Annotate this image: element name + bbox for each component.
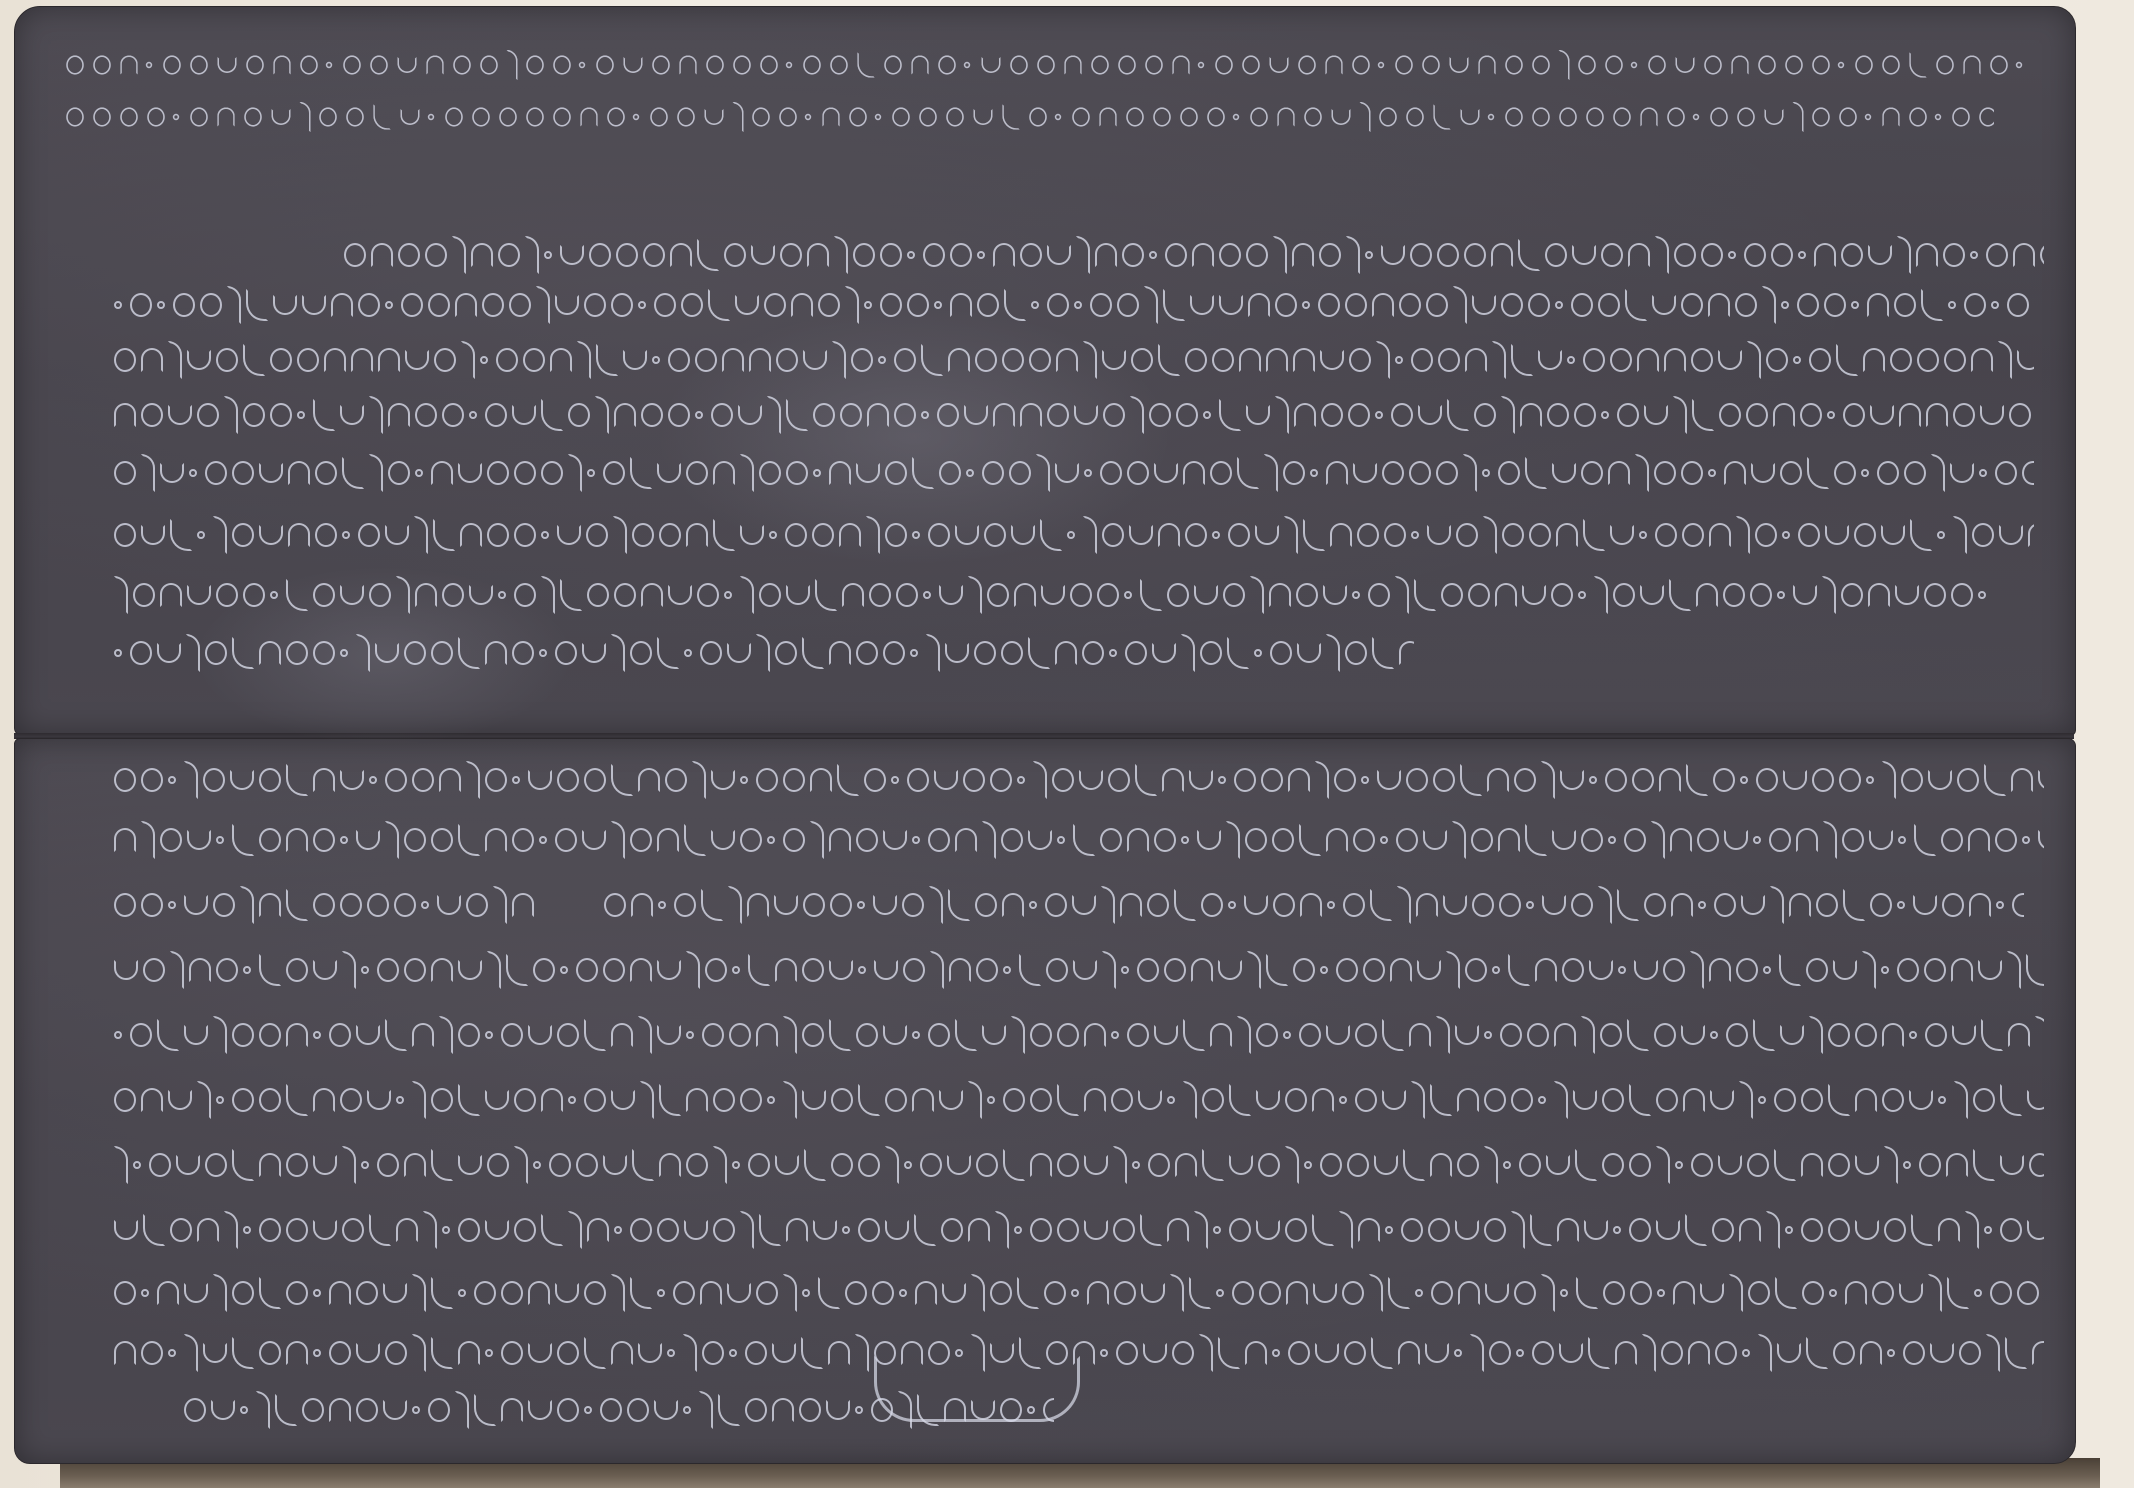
glyph-stroke xyxy=(1140,579,1162,611)
glyph-stroke xyxy=(286,579,308,611)
glyph-stroke xyxy=(499,107,517,126)
glyph-stroke xyxy=(1246,405,1270,425)
glyph-stroke xyxy=(1103,403,1125,427)
glyph-stroke xyxy=(114,576,128,614)
glyph-stroke xyxy=(1087,1281,1109,1305)
glyph-stroke xyxy=(1693,114,1699,120)
glyph-stroke xyxy=(1463,454,1477,492)
glyph-stroke xyxy=(1648,55,1666,74)
glyph-stroke xyxy=(557,525,581,545)
glyph-stroke xyxy=(114,960,138,980)
glyph-stroke xyxy=(168,341,182,379)
glyph-stroke xyxy=(514,1218,536,1242)
glyph-stroke xyxy=(1574,403,1596,427)
glyph-stroke xyxy=(975,348,997,372)
glyph-stroke xyxy=(873,895,897,915)
glyph-stroke xyxy=(273,55,291,74)
glyph-stroke xyxy=(1057,1218,1079,1242)
glyph-stroke xyxy=(1525,824,1547,856)
glyph-stroke xyxy=(866,516,880,554)
glyph-stroke xyxy=(1455,1220,1479,1240)
glyph-stroke xyxy=(1357,523,1379,547)
glyph-stroke xyxy=(487,951,501,989)
glyph-stroke xyxy=(1841,243,1863,267)
glyph-stroke xyxy=(1943,243,1965,267)
glyph-stroke xyxy=(930,951,944,989)
glyph-stroke xyxy=(197,1081,211,1119)
glyph-stroke xyxy=(1708,469,1716,477)
glyph-stroke xyxy=(1724,830,1748,850)
glyph-stroke xyxy=(995,1211,1009,1249)
glyph-stroke xyxy=(1501,396,1515,434)
glyph-stroke xyxy=(358,293,380,317)
glyph-stroke xyxy=(1100,828,1122,852)
glyph-stroke xyxy=(1326,634,1340,672)
glyph-stroke xyxy=(1828,1084,1850,1116)
glyph-stroke xyxy=(1713,768,1735,792)
glyph-stroke xyxy=(1708,293,1730,317)
glyph-stroke xyxy=(1284,516,1298,554)
glyph-stroke xyxy=(385,1019,407,1051)
glyph-stroke xyxy=(657,1218,679,1242)
glyph-stroke xyxy=(2000,1218,2022,1242)
glyph-stroke xyxy=(1377,770,1401,790)
glyph-stroke xyxy=(1399,641,1414,665)
glyph-stroke xyxy=(1801,1153,1823,1177)
glyph-stroke xyxy=(919,107,937,126)
glyph-stroke xyxy=(686,523,708,547)
glyph-stroke xyxy=(1942,893,1964,917)
glyph-stroke xyxy=(631,893,653,917)
glyph-stroke xyxy=(412,1406,420,1414)
glyph-stroke xyxy=(1894,293,1916,317)
glyph-stroke xyxy=(1780,1025,1804,1045)
glyph-stroke xyxy=(1664,348,1686,372)
glyph-stroke xyxy=(1861,469,1869,477)
glyph-stroke xyxy=(1149,403,1171,427)
glyph-stroke xyxy=(1127,828,1149,852)
glyph-stroke xyxy=(718,1394,740,1426)
glyph-stroke xyxy=(224,1211,238,1249)
glyph-stroke xyxy=(1718,350,1742,370)
glyph-stroke xyxy=(1382,1090,1406,1110)
glyph-stroke xyxy=(1163,289,1185,321)
glyph-stroke xyxy=(604,893,626,917)
glyph-stroke xyxy=(2035,1016,2044,1054)
glyph-stroke xyxy=(856,1023,878,1047)
glyph-stroke xyxy=(143,958,165,982)
glyph-stroke xyxy=(114,301,122,309)
glyph-stroke xyxy=(1430,1153,1452,1177)
glyph-stroke xyxy=(1254,649,1262,657)
glyph-stroke xyxy=(217,57,236,73)
glyph-stroke xyxy=(114,768,136,792)
glyph-stroke xyxy=(2000,1155,2024,1175)
glyph-stroke xyxy=(190,107,208,126)
glyph-stroke xyxy=(1266,954,1288,986)
glyph-stroke xyxy=(857,901,865,909)
glyph-stroke xyxy=(759,1214,781,1246)
glyph-stroke xyxy=(1642,1334,1656,1372)
glyph-stroke xyxy=(813,469,821,477)
glyph-stroke xyxy=(1248,293,1270,317)
glyph-stroke xyxy=(603,1155,627,1175)
glyph-stroke xyxy=(1395,356,1403,364)
glyph-stroke xyxy=(903,958,925,982)
glyph-stroke xyxy=(603,461,625,485)
glyph-stroke xyxy=(1718,1155,1742,1175)
glyph-stroke xyxy=(1162,768,1184,792)
glyph-stroke xyxy=(1237,457,1259,489)
glyph-stroke xyxy=(845,286,859,324)
glyph-stroke xyxy=(1153,107,1171,126)
glyph-stroke xyxy=(1586,107,1604,126)
glyph-stroke xyxy=(815,579,837,611)
glyph-stroke xyxy=(1019,1337,1041,1369)
glyph-stroke xyxy=(1297,643,1321,663)
glyph-stroke xyxy=(1627,1019,1649,1051)
glyph-stroke xyxy=(1995,461,2017,485)
glyph-stroke xyxy=(1729,1274,1743,1312)
glyph-stroke xyxy=(1258,1153,1280,1177)
glyph-stroke xyxy=(1303,519,1325,551)
glyph-stroke xyxy=(1613,1226,1621,1234)
glyph-stroke xyxy=(1170,1274,1184,1312)
glyph-stroke xyxy=(828,1341,850,1365)
glyph-stroke xyxy=(1014,1226,1022,1234)
glyph-stroke xyxy=(1472,893,1494,917)
glyph-stroke xyxy=(197,531,205,539)
script-line xyxy=(604,886,2024,938)
glyph-stroke xyxy=(692,761,706,799)
glyph-stroke xyxy=(404,958,426,982)
glyph-stroke xyxy=(1072,107,1090,126)
glyph-stroke xyxy=(1216,1289,1224,1297)
glyph-stroke xyxy=(1072,895,1096,915)
glyph-stroke xyxy=(810,768,832,792)
glyph-stroke xyxy=(772,1398,794,1422)
glyph-stroke xyxy=(114,1031,122,1039)
glyph-stroke xyxy=(351,348,373,372)
glyph-stroke xyxy=(928,523,950,547)
glyph-stroke xyxy=(1228,901,1236,909)
glyph-stroke xyxy=(1191,958,1213,982)
glyph-stroke xyxy=(611,1341,633,1365)
glyph-stroke xyxy=(205,461,227,485)
glyph-stroke xyxy=(1868,583,1890,607)
glyph-stroke xyxy=(1029,348,1051,372)
glyph-stroke xyxy=(445,107,463,126)
glyph-stroke xyxy=(1629,1084,1651,1116)
glyph-stroke xyxy=(616,243,638,267)
glyph-stroke xyxy=(1935,114,1941,120)
glyph-stroke xyxy=(400,109,419,125)
glyph-stroke xyxy=(412,768,434,792)
glyph-stroke xyxy=(1056,348,1078,372)
glyph-stroke xyxy=(684,649,692,657)
glyph-stroke xyxy=(1712,1218,1734,1242)
glyph-stroke xyxy=(1855,1023,1877,1047)
glyph-stroke xyxy=(1285,1088,1307,1112)
glyph-stroke xyxy=(1742,1349,1750,1357)
glyph-stroke xyxy=(1203,411,1211,419)
glyph-stroke xyxy=(1882,55,1900,74)
glyph-stroke xyxy=(657,1289,665,1297)
glyph-stroke xyxy=(904,1161,912,1169)
glyph-stroke xyxy=(1347,1153,1369,1177)
glyph-stroke xyxy=(1428,1218,1450,1242)
glyph-stroke xyxy=(1483,516,1497,554)
glyph-stroke xyxy=(1812,768,1834,792)
glyph-stroke xyxy=(1215,55,1233,74)
glyph-stroke xyxy=(414,516,428,554)
glyph-stroke xyxy=(1986,1334,2000,1372)
glyph-stroke xyxy=(1365,251,1373,259)
glyph-stroke xyxy=(1872,1281,1894,1305)
glyph-stroke xyxy=(582,643,606,663)
glyph-stroke xyxy=(928,828,950,852)
glyph-stroke xyxy=(1834,461,1856,485)
glyph-stroke xyxy=(1532,107,1550,126)
glyph-stroke xyxy=(1855,55,1873,74)
glyph-stroke xyxy=(259,954,281,986)
glyph-stroke xyxy=(1532,1341,1554,1365)
glyph-stroke xyxy=(157,1019,179,1051)
glyph-stroke xyxy=(681,293,703,317)
glyph-stroke xyxy=(907,768,929,792)
glyph-stroke xyxy=(1409,1023,1431,1047)
glyph-stroke xyxy=(1640,107,1658,126)
glyph-stroke xyxy=(1323,585,1347,605)
glyph-stroke xyxy=(1102,951,1116,989)
glyph-stroke xyxy=(1099,107,1117,126)
glyph-stroke xyxy=(1487,768,1509,792)
glyph-stroke xyxy=(1909,1090,1933,1110)
glyph-stroke xyxy=(286,1341,308,1365)
glyph-stroke xyxy=(735,295,759,315)
glyph-stroke xyxy=(431,1149,453,1181)
glyph-stroke xyxy=(1033,761,1047,799)
glyph-stroke xyxy=(1210,461,1232,485)
glyph-stroke xyxy=(914,1214,936,1246)
glyph-stroke xyxy=(259,893,281,917)
glyph-stroke xyxy=(1552,463,1576,483)
glyph-stroke xyxy=(1897,236,1911,274)
glyph-stroke xyxy=(942,1283,966,1303)
glyph-stroke xyxy=(1001,828,1023,852)
glyph-stroke xyxy=(1052,768,1074,792)
glyph-stroke xyxy=(1751,463,1775,483)
glyph-stroke xyxy=(1979,469,1987,477)
glyph-stroke xyxy=(1057,836,1065,844)
glyph-stroke xyxy=(243,1226,251,1234)
glyph-stroke xyxy=(1669,579,1691,611)
glyph-stroke xyxy=(657,960,681,980)
glyph-stroke xyxy=(1334,768,1356,792)
glyph-stroke xyxy=(857,52,875,78)
glyph-stroke xyxy=(340,893,362,917)
glyph-stroke xyxy=(1780,461,1802,485)
glyph-stroke xyxy=(302,1398,324,1422)
glyph-stroke xyxy=(1003,1088,1025,1112)
glyph-stroke xyxy=(275,1394,297,1426)
glyph-stroke xyxy=(1001,641,1023,665)
glyph-stroke xyxy=(568,454,582,492)
glyph-stroke xyxy=(452,236,466,274)
glyph-stroke xyxy=(576,958,598,982)
glyph-stroke xyxy=(1084,469,1092,477)
glyph-stroke xyxy=(802,958,824,982)
glyph-stroke xyxy=(595,396,609,434)
glyph-stroke xyxy=(485,1349,493,1357)
glyph-stroke xyxy=(1615,1341,1637,1365)
glyph-stroke xyxy=(1926,403,1948,427)
glyph-stroke xyxy=(130,293,152,317)
glyph-stroke xyxy=(512,776,520,784)
glyph-stroke xyxy=(2032,1341,2044,1365)
glyph-stroke xyxy=(1921,289,1943,321)
glyph-stroke xyxy=(1438,348,1460,372)
glyph-stroke xyxy=(971,1334,985,1372)
glyph-stroke xyxy=(1845,1281,1867,1305)
glyph-stroke xyxy=(1970,251,1978,259)
glyph-stroke xyxy=(695,411,703,419)
glyph-stroke xyxy=(1381,245,1405,265)
glyph-stroke xyxy=(1453,286,1467,324)
glyph-stroke xyxy=(168,776,176,784)
glyph-stroke xyxy=(1113,1146,1127,1184)
glyph-stroke xyxy=(1002,104,1020,130)
glyph-stroke xyxy=(512,828,534,852)
glyph-stroke xyxy=(1076,236,1090,274)
glyph-stroke xyxy=(388,403,410,427)
glyph-stroke xyxy=(324,348,346,372)
glyph-stroke xyxy=(921,411,929,419)
glyph-stroke xyxy=(557,768,579,792)
glyph-stroke xyxy=(1172,1341,1194,1365)
glyph-stroke xyxy=(607,107,625,126)
glyph-stroke xyxy=(727,1283,751,1303)
glyph-stroke xyxy=(826,1400,850,1420)
glyph-stroke xyxy=(1181,836,1189,844)
glyph-stroke xyxy=(1911,1214,1933,1246)
glyph-stroke xyxy=(1003,1149,1025,1181)
glyph-stroke xyxy=(187,585,211,605)
glyph-stroke xyxy=(1137,958,1159,982)
glyph-stroke xyxy=(141,893,163,917)
glyph-stroke xyxy=(580,107,598,126)
glyph-stroke xyxy=(1605,55,1623,74)
script-line xyxy=(64,46,2024,90)
glyph-stroke xyxy=(273,295,297,315)
glyph-stroke xyxy=(1374,1155,1398,1175)
glyph-stroke xyxy=(1674,243,1696,267)
glyph-stroke xyxy=(1775,1277,1797,1309)
glyph-stroke xyxy=(1903,1341,1925,1365)
glyph-stroke xyxy=(1342,1281,1364,1305)
glyph-stroke xyxy=(431,1088,453,1112)
glyph-stroke xyxy=(319,107,337,126)
glyph-stroke xyxy=(286,1153,308,1177)
glyph-stroke xyxy=(1941,828,1963,852)
glyph-stroke xyxy=(1655,523,1677,547)
glyph-stroke xyxy=(1055,463,1079,483)
glyph-stroke xyxy=(442,583,464,607)
glyph-stroke xyxy=(772,1343,796,1363)
glyph-stroke xyxy=(1756,768,1778,792)
glyph-stroke xyxy=(955,1349,963,1357)
glyph-stroke xyxy=(114,649,122,657)
glyph-stroke xyxy=(396,1096,404,1104)
glyph-stroke xyxy=(1417,960,1441,980)
glyph-stroke xyxy=(415,583,437,607)
glyph-stroke xyxy=(577,341,591,379)
glyph-stroke xyxy=(1219,243,1241,267)
glyph-stroke xyxy=(1644,405,1668,425)
glyph-stroke xyxy=(143,1214,165,1246)
glyph-stroke xyxy=(1352,591,1360,599)
glyph-stroke xyxy=(1887,1349,1895,1357)
glyph-stroke xyxy=(367,893,389,917)
glyph-stroke xyxy=(1838,62,1844,68)
glyph-stroke xyxy=(641,583,663,607)
glyph-stroke xyxy=(856,828,878,852)
glyph-stroke xyxy=(1378,62,1384,68)
glyph-stroke xyxy=(1416,893,1438,917)
glyph-stroke xyxy=(313,641,335,665)
glyph-stroke xyxy=(506,50,517,80)
glyph-stroke xyxy=(466,893,488,917)
glyph-stroke xyxy=(514,583,536,607)
glyph-stroke xyxy=(1984,764,2006,796)
glyph-stroke xyxy=(780,243,802,267)
glyph-stroke xyxy=(1183,461,1205,485)
glyph-stroke xyxy=(1542,895,1566,915)
glyph-stroke xyxy=(1114,1281,1136,1305)
glyph-stroke xyxy=(141,403,163,427)
glyph-stroke xyxy=(1339,1096,1347,1104)
glyph-stroke xyxy=(213,893,235,917)
glyph-stroke xyxy=(1108,768,1130,792)
glyph-stroke xyxy=(1020,243,1042,267)
glyph-stroke xyxy=(1978,591,1986,599)
glyph-stroke xyxy=(1047,293,1069,317)
glyph-stroke xyxy=(1514,1281,1536,1305)
glyph-stroke xyxy=(1899,1283,1923,1303)
glyph-stroke xyxy=(397,57,416,73)
glyph-stroke xyxy=(1904,461,1926,485)
glyph-stroke xyxy=(114,1281,136,1305)
glyph-stroke xyxy=(1130,396,1144,434)
glyph-stroke xyxy=(740,828,762,852)
glyph-stroke xyxy=(1319,243,1341,267)
glyph-stroke xyxy=(555,641,577,665)
glyph-stroke xyxy=(1212,531,1220,539)
script-line xyxy=(114,516,2034,568)
glyph-stroke xyxy=(377,1153,399,1177)
glyph-stroke xyxy=(1719,403,1741,427)
glyph-stroke xyxy=(1180,107,1198,126)
glyph-stroke xyxy=(1084,1155,1108,1175)
glyph-stroke xyxy=(259,525,283,545)
glyph-stroke xyxy=(1682,523,1704,547)
glyph-stroke xyxy=(727,643,751,663)
glyph-stroke xyxy=(383,1400,407,1420)
glyph-stroke xyxy=(501,1398,523,1422)
glyph-stroke xyxy=(748,954,770,986)
glyph-stroke xyxy=(1578,591,1586,599)
glyph-stroke xyxy=(659,1153,681,1177)
